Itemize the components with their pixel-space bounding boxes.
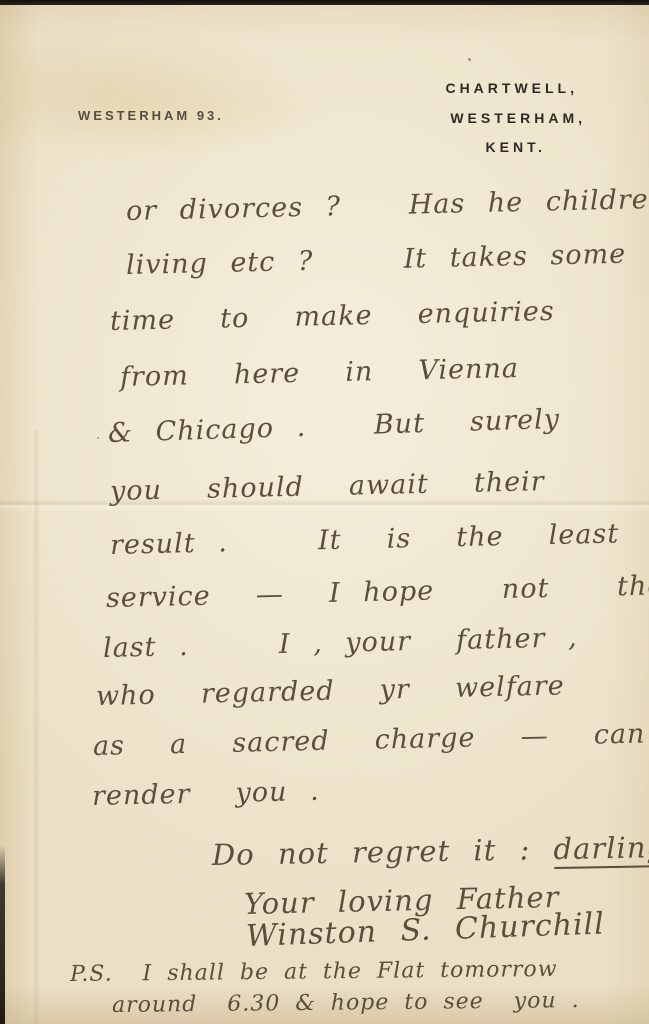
letterhead-address-line-3: KENT. [486,139,546,155]
ink-speck [97,437,99,439]
letterhead-telephone: WESTERHAM 93. [78,108,224,123]
closing-darling-underlined: darling [553,830,649,869]
letter-photo: WESTERHAM 93. CHARTWELL, WESTERHAM, KENT… [0,0,649,1024]
letter-paper [0,0,649,1024]
letterhead-address-line-2: WESTERHAM, [450,110,586,126]
handwriting-line-12: render you . [92,776,320,812]
photo-edge-left [0,845,5,1024]
postscript-line-1: P.S. I shall be at the Flat tomorrow [70,957,558,987]
closing-regret-text: Do not regret it : [212,832,554,872]
postscript-line-2: around 6.30 & hope to see you . [112,988,580,1018]
ink-speck [468,58,471,61]
closing-regret-line: Do not regret it : darling [212,830,649,872]
photo-edge-top [0,0,649,5]
fold-crease-vertical [33,430,40,1024]
letterhead-address-line-1: CHARTWELL, [445,80,578,96]
